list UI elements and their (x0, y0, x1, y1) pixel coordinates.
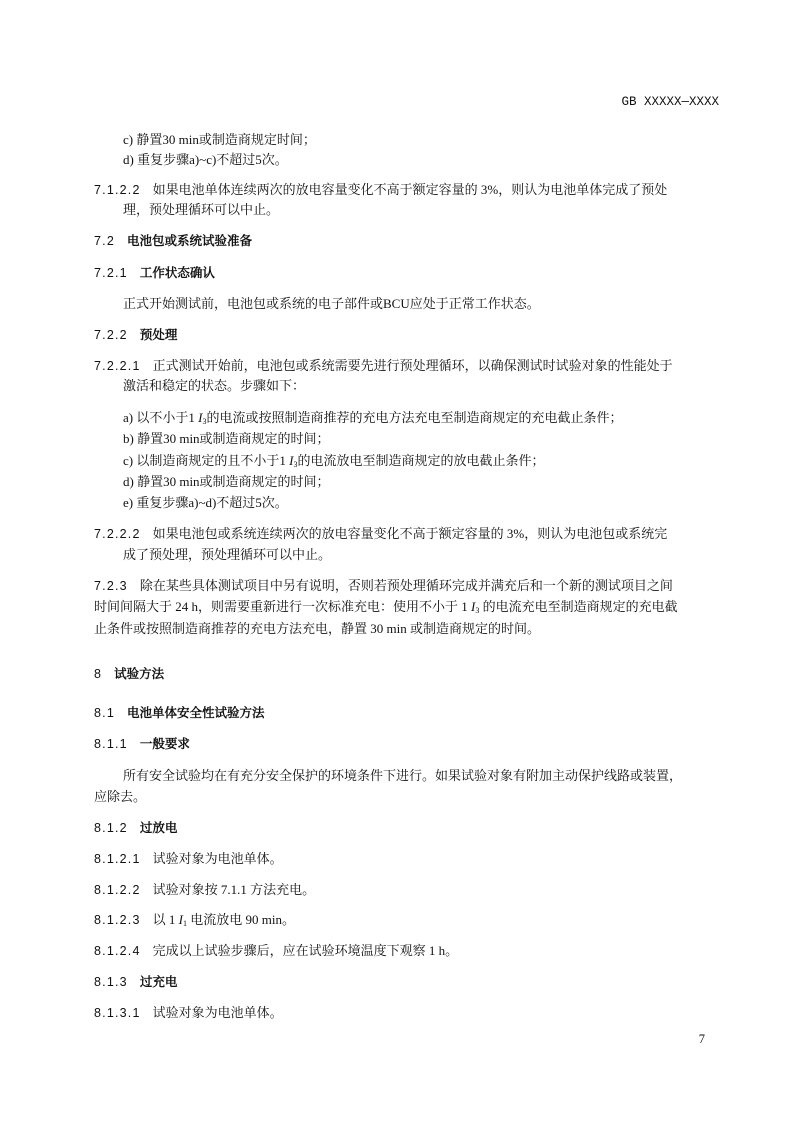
section-heading-7-2-1: 7.2.1工作状态确认 (94, 264, 793, 282)
clause-text: 如果电池单体连续两次的放电容量变化不高于额定容量的 3%，则认为电池单体完成了预… (153, 182, 668, 197)
clause-text: 激活和稳定的状态。步骤如下： (123, 377, 793, 395)
clause-number: 7.2.3 (94, 579, 128, 593)
clause-text: 时间间隔大于 24 h，则需要重新进行一次标准充电：使用不小于 1 I3 的电流… (94, 598, 793, 620)
section-title: 预处理 (140, 327, 178, 342)
step-b: b) 静置30 min或制造商规定的时间； (123, 430, 793, 448)
section-number: 7.2.2 (94, 328, 128, 342)
section-title: 过充电 (140, 974, 178, 989)
paragraph: 应除去。 (94, 788, 793, 806)
chapter-number: 8 (94, 667, 102, 681)
clause-text: 正式测试开始前，电池包或系统需要先进行预处理循环，以确保测试时试验对象的性能处于 (153, 358, 673, 373)
section-heading-8-1-3: 8.1.3过充电 (94, 973, 793, 991)
step-text: c) 以制造商规定的且不小于1 (123, 453, 289, 468)
list-item: c) 静置30 min或制造商规定时间； (123, 131, 793, 149)
clause-7-2-3: 7.2.3除在某些具体测试项目中另有说明，否则若预处理循环完成并满充后和一个新的… (94, 577, 793, 595)
clause-8-1-3-1: 8.1.3.1试验对象为电池单体。 (94, 1004, 793, 1022)
clause-text: 试验对象为电池单体。 (153, 851, 283, 866)
section-title: 一般要求 (140, 736, 190, 751)
section-number: 7.2.1 (94, 266, 128, 280)
clause-7-2-2-1: 7.2.2.1正式测试开始前，电池包或系统需要先进行预处理循环，以确保测试时试验… (94, 357, 793, 375)
clause-8-1-2-4: 8.1.2.4完成以上试验步骤后，应在试验环境温度下观察 1 h。 (94, 942, 793, 960)
section-number: 8.1.1 (94, 737, 128, 751)
clause-text: 的电流充电至制造商规定的充电截 (479, 599, 677, 614)
clause-8-1-2-2: 8.1.2.2试验对象按 7.1.1 方法充电。 (94, 881, 793, 899)
clause-text: 除在某些具体测试项目中另有说明，否则若预处理循环完成并满充后和一个新的测试项目之… (140, 578, 673, 593)
section-title: 过放电 (140, 820, 178, 835)
clause-8-1-2-3: 8.1.2.3以 1 I1 电流放电 90 min。 (94, 911, 793, 933)
step-a: a) 以不小于1 I3的电流或按照制造商推荐的充电方法充电至制造商规定的充电截止… (123, 409, 793, 431)
section-heading-8-1-2: 8.1.2过放电 (94, 819, 793, 837)
paragraph: 所有安全试验均在有充分安全保护的环境条件下进行。如果试验对象有附加主动保护线路或… (123, 767, 793, 785)
section-title: 电池包或系统试验准备 (127, 233, 252, 248)
section-number: 8.1 (94, 706, 115, 720)
step-e: e) 重复步骤a)~d)不超过5次。 (123, 494, 793, 512)
list-item: d) 重复步骤a)~c)不超过5次。 (123, 151, 793, 169)
clause-text: 电流放电 90 min。 (187, 912, 295, 927)
clause-text: 如果电池包或系统连续两次的放电容量变化不高于额定容量的 3%，则认为电池包或系统… (153, 526, 668, 541)
section-heading-8-1-1: 8.1.1一般要求 (94, 735, 793, 753)
clause-number: 7.1.2.2 (94, 183, 141, 197)
step-d: d) 静置30 min或制造商规定的时间； (123, 473, 793, 491)
paragraph: 正式开始测试前，电池包或系统的电子部件或BCU应处于正常工作状态。 (123, 295, 793, 313)
section-number: 7.2 (94, 234, 115, 248)
section-heading-8-1: 8.1电池单体安全性试验方法 (94, 704, 793, 722)
page-number: 7 (699, 1032, 705, 1047)
section-heading-7-2-2: 7.2.2预处理 (94, 326, 793, 344)
clause-number: 8.1.2.2 (94, 883, 141, 897)
step-text: a) 以不小于1 (123, 410, 198, 425)
clause-text: 试验对象按 7.1.1 方法充电。 (153, 882, 316, 897)
section-number: 8.1.3 (94, 975, 128, 989)
clause-number: 8.1.2.1 (94, 852, 141, 866)
section-number: 8.1.2 (94, 821, 128, 835)
clause-text: 以 1 (153, 912, 179, 927)
document-code-header: GB XXXXX—XXXX (621, 95, 719, 109)
section-title: 工作状态确认 (140, 265, 215, 280)
clause-number: 8.1.3.1 (94, 1006, 141, 1020)
step-text: 的电流或按照制造商推荐的充电方法充电至制造商规定的充电截止条件； (206, 410, 622, 425)
clause-text: 成了预处理，预处理循环可以中止。 (123, 546, 793, 564)
step-c: c) 以制造商规定的且不小于1 I3的电流放电至制造商规定的放电截止条件； (123, 452, 793, 474)
clause-7-1-2-2: 7.1.2.2如果电池单体连续两次的放电容量变化不高于额定容量的 3%，则认为电… (94, 181, 793, 199)
step-text: 的电流放电至制造商规定的放电截止条件； (297, 453, 544, 468)
chapter-heading-8: 8试验方法 (94, 665, 793, 683)
clause-text: 试验对象为电池单体。 (153, 1005, 283, 1020)
section-heading-7-2: 7.2电池包或系统试验准备 (94, 232, 793, 250)
clause-number: 7.2.2.2 (94, 527, 141, 541)
clause-text: 止条件或按照制造商推荐的充电方法充电，静置 30 min 或制造商规定的时间。 (94, 620, 793, 638)
clause-number: 8.1.2.3 (94, 913, 141, 927)
clause-number: 8.1.2.4 (94, 944, 141, 958)
clause-text: 理，预处理循环可以中止。 (123, 201, 793, 219)
clause-text: 完成以上试验步骤后，应在试验环境温度下观察 1 h。 (153, 943, 459, 958)
section-title: 电池单体安全性试验方法 (127, 705, 265, 720)
chapter-title: 试验方法 (114, 666, 164, 681)
clause-7-2-2-2: 7.2.2.2如果电池包或系统连续两次的放电容量变化不高于额定容量的 3%，则认… (94, 525, 793, 543)
clause-number: 7.2.2.1 (94, 359, 141, 373)
clause-text: 时间间隔大于 24 h，则需要重新进行一次标准充电：使用不小于 1 (94, 599, 471, 614)
clause-8-1-2-1: 8.1.2.1试验对象为电池单体。 (94, 850, 793, 868)
